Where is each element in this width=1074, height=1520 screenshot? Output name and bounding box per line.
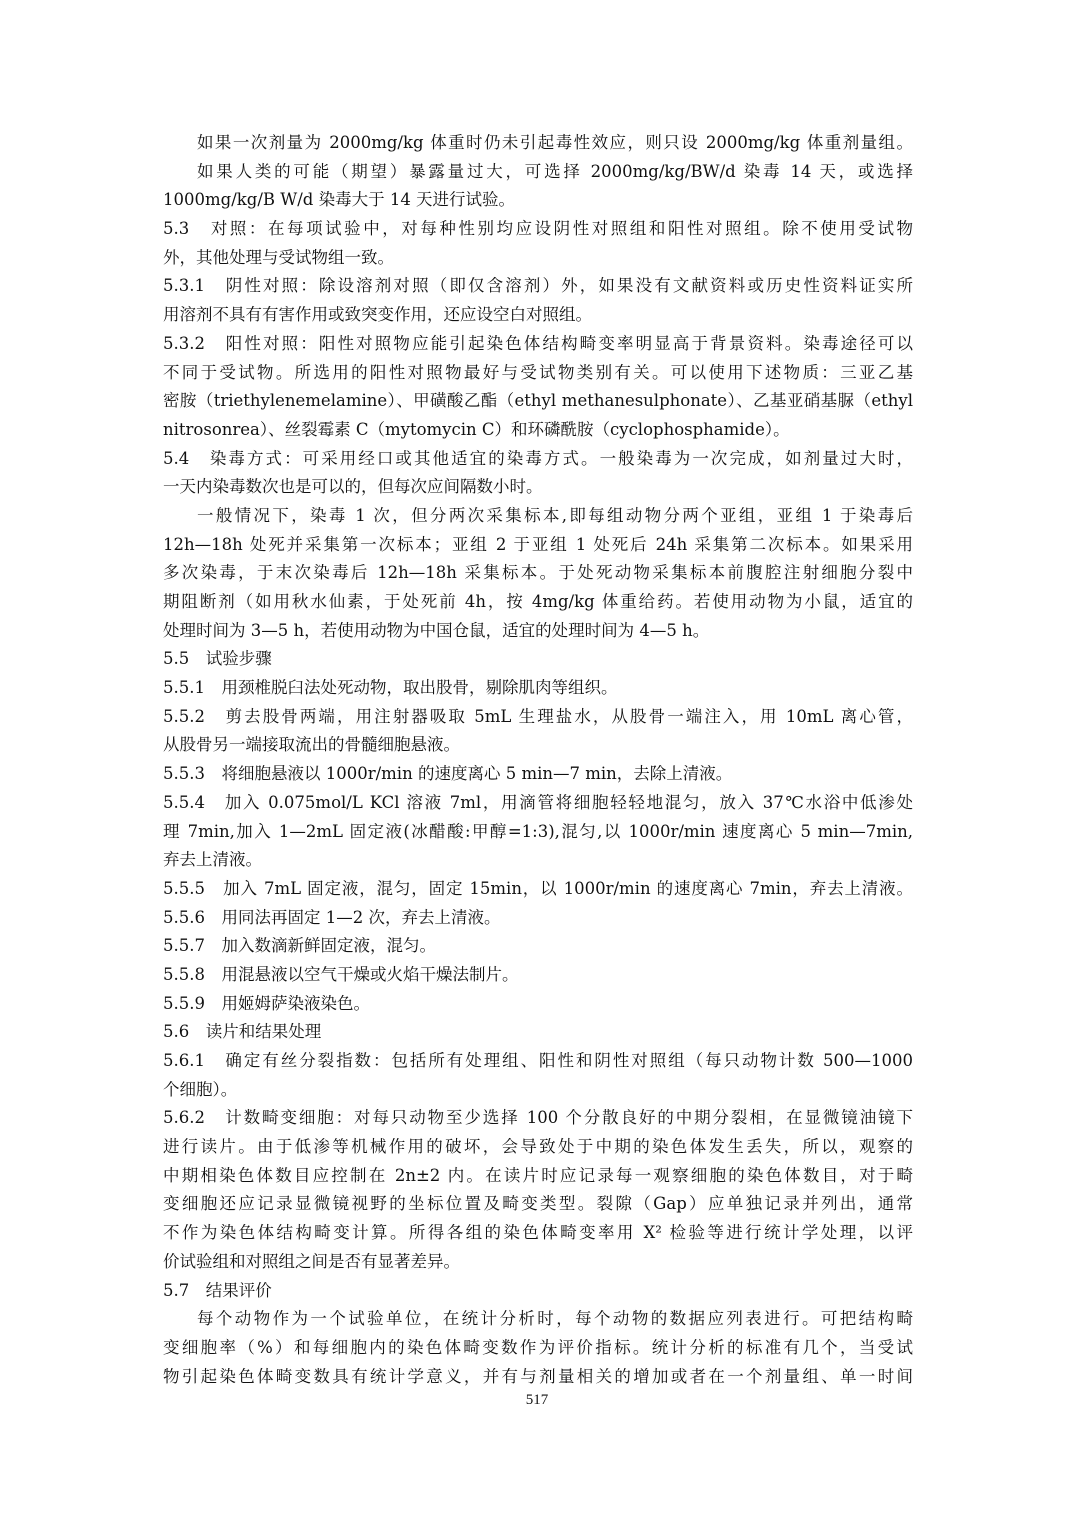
text-line: 5.6.1 确定有丝分裂指数：包括所有处理组、阳性和阴性对照组（每只动物计数 5… [163,1047,913,1076]
text-line: 5.5.6 用同法再固定 1—2 次，弃去上清液。 [163,904,913,933]
text-line: 5.5 试验步骤 [163,645,913,674]
text-line: 5.5.9 用姬姆萨染液染色。 [163,990,913,1019]
text-line: 一天内染毒数次也是可以的，但每次应间隔数小时。 [163,473,913,502]
text-line: 不作为染色体结构畸变计算。所得各组的染色体畸变率用 X² 检验等进行统计学处理，… [163,1219,913,1248]
page-number: 517 [0,1392,1074,1409]
text-line: 如果人类的可能（期望）暴露量过大，可选择 2000mg/kg/BW/d 染毒 1… [163,158,913,187]
text-line: 5.5.7 加入数滴新鲜固定液，混匀。 [163,932,913,961]
text-line: 处理时间为 3—5 h，若使用动物为中国仓鼠，适宜的处理时间为 4—5 h。 [163,617,913,646]
text-line: 5.6 读片和结果处理 [163,1018,913,1047]
text-line: 5.5.3 将细胞悬液以 1000r/min 的速度离心 5 min—7 min… [163,760,913,789]
text-line: 5.5.2 剪去股骨两端，用注射器吸取 5mL 生理盐水，从股骨一端注入，用 1… [163,703,913,732]
text-line: 1000mg/kg/B W/d 染毒大于 14 天进行试验。 [163,186,913,215]
text-line: 从股骨另一端接取流出的骨髓细胞悬液。 [163,731,913,760]
text-line: 进行读片。由于低渗等机械作用的破坏，会导致处于中期的染色体发生丢失，所以，观察的 [163,1133,913,1162]
text-line: 一般情况下，染毒 1 次，但分两次采集标本,即每组动物分两个亚组，亚组 1 于染… [163,502,913,531]
text-line: 5.3 对照：在每项试验中，对每种性别均应设阴性对照组和阳性对照组。除不使用受试… [163,215,913,244]
text-line: 变细胞率（%）和每细胞内的染色体畸变数作为评价指标。统计分析的标准有几个，当受试 [163,1334,913,1363]
text-line: 5.6.2 计数畸变细胞：对每只动物至少选择 100 个分散良好的中期分裂相，在… [163,1104,913,1133]
text-line: 弃去上清液。 [163,846,913,875]
text-line: 5.5.4 加入 0.075mol/L KCl 溶液 7ml，用滴管将细胞轻轻地… [163,789,913,818]
text-line: 5.5.5 加入 7mL 固定液，混匀，固定 15min，以 1000r/min… [163,875,913,904]
text-line: 每个动物作为一个试验单位，在统计分析时，每个动物的数据应列表进行。可把结构畸 [163,1305,913,1334]
text-line: 5.3.1 阴性对照：除设溶剂对照（即仅含溶剂）外，如果没有文献资料或历史性资料… [163,272,913,301]
text-line: 个细胞）。 [163,1076,913,1105]
text-line: 5.7 结果评价 [163,1277,913,1306]
text-line: 理 7min,加入 1—2mL 固定液(冰醋酸:甲醇=1:3),混匀,以 100… [163,818,913,847]
text-line: 5.5.8 用混悬液以空气干燥或火焰干燥法制片。 [163,961,913,990]
text-line: 价试验组和对照组之间是否有显著差异。 [163,1248,913,1277]
text-line: 5.4 染毒方式：可采用经口或其他适宜的染毒方式。一般染毒为一次完成，如剂量过大… [163,445,913,474]
text-line: 中期相染色体数目应控制在 2n±2 内。在读片时应记录每一观察细胞的染色体数目，… [163,1162,913,1191]
text-line: 物引起染色体畸变数具有统计学意义，并有与剂量相关的增加或者在一个剂量组、单一时间 [163,1363,913,1392]
text-line: 不同于受试物。所选用的阳性对照物最好与受试物类别有关。可以使用下述物质：三亚乙基 [163,359,913,388]
text-line: 外，其他处理与受试物组一致。 [163,244,913,273]
text-line: 如果一次剂量为 2000mg/kg 体重时仍未引起毒性效应，则只设 2000mg… [163,129,913,158]
text-line: 5.3.2 阳性对照：阳性对照物应能引起染色体结构畸变率明显高于背景资料。染毒途… [163,330,913,359]
text-line: 变细胞还应记录显微镜视野的坐标位置及畸变类型。裂隙（Gap）应单独记录并列出，通… [163,1190,913,1219]
text-line: 12h—18h 处死并采集第一次标本；亚组 2 于亚组 1 处死后 24h 采集… [163,531,913,560]
text-line: 多次染毒，于末次染毒后 12h—18h 采集标本。于处死动物采集标本前腹腔注射细… [163,559,913,588]
text-line: 5.5.1 用颈椎脱臼法处死动物，取出股骨，剔除肌肉等组织。 [163,674,913,703]
text-line: 用溶剂不具有有害作用或致突变作用，还应设空白对照组。 [163,301,913,330]
text-line: 期阻断剂（如用秋水仙素，于处死前 4h，按 4mg/kg 体重给药。若使用动物为… [163,588,913,617]
text-line: nitrosonrea）、丝裂霉素 C（mytomycin C）和环磷酰胺（cy… [163,416,913,445]
document-body: 如果一次剂量为 2000mg/kg 体重时仍未引起毒性效应，则只设 2000mg… [163,129,913,1391]
text-line: 密胺（triethylenemelamine）、甲磺酸乙酯（ethyl meth… [163,387,913,416]
